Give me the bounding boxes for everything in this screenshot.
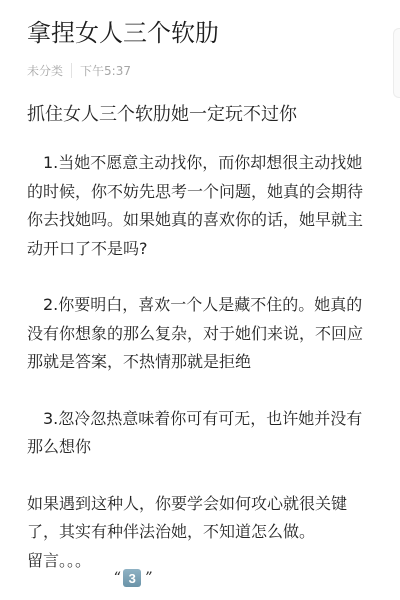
category-label[interactable]: 未分类 xyxy=(27,62,63,79)
keycap-3-icon: 3 xyxy=(123,569,141,587)
note-meta: 未分类 下午5:37 xyxy=(27,61,131,79)
open-quote: “ xyxy=(113,570,120,586)
closing-paragraph: 如果遇到这种人，你要学会如何攻心就很关键了，其实有种伴法治她，不知道怎么做。 xyxy=(27,490,377,547)
spacer xyxy=(27,263,377,291)
note-title: 拿捏女人三个软肋 xyxy=(27,17,219,49)
timestamp: 下午5:37 xyxy=(80,62,131,79)
close-quote: ” xyxy=(144,570,151,586)
paragraph-3: 3.忽冷忽热意味着你可有可无，也许她并没有那么想你 xyxy=(27,405,377,462)
note-body[interactable]: 抓住女人三个软肋她一定玩不过你 1.当她不愿意主动找你，而你却想很主动找她的时候… xyxy=(27,101,377,575)
meta-divider xyxy=(71,63,72,78)
emoji-line: “ 3 ” xyxy=(113,567,152,589)
paragraph-2: 2.你要明白，喜欢一个人是藏不住的。她真的没有你想象的那么复杂，对于她们来说，不… xyxy=(27,291,377,377)
comment-line: 留言。。。 xyxy=(27,547,377,576)
body-heading: 抓住女人三个软肋她一定玩不过你 xyxy=(27,101,377,129)
spacer xyxy=(27,377,377,405)
side-pull-handle[interactable] xyxy=(393,28,400,98)
paragraph-1: 1.当她不愿意主动找你，而你却想很主动找她的时候，你不妨先思考一个问题，她真的会… xyxy=(27,149,377,263)
spacer xyxy=(27,462,377,490)
